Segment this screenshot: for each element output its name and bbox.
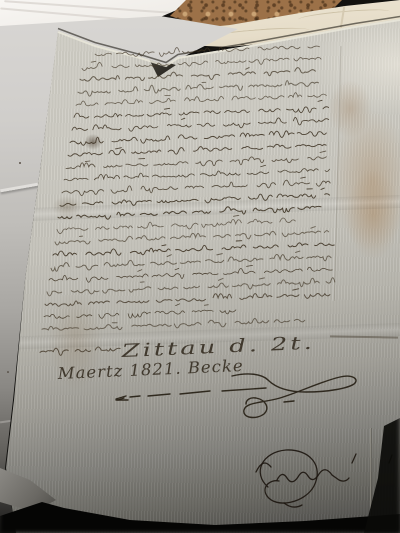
handwriting-line (44, 304, 236, 318)
handwriting-line (82, 57, 321, 70)
handwriting-line (51, 251, 331, 271)
ink-speck (7, 371, 9, 373)
handwriting-line (78, 81, 319, 96)
handwriting-line (58, 206, 321, 219)
countersignature-flourish (256, 450, 392, 507)
signature-flourish (116, 374, 356, 418)
handwriting-line (72, 117, 329, 131)
handwriting-line (70, 131, 326, 145)
handwriting-line (57, 215, 295, 233)
ink-speck (19, 162, 21, 164)
handwriting-line (66, 151, 326, 168)
handwriting-lines (40, 45, 335, 356)
handwriting-line (68, 144, 326, 156)
dateline-date-signature: Maertz 1821. Becke (56, 356, 244, 383)
handwriting-line (53, 241, 334, 256)
page-top-edge-highlight (58, 20, 400, 66)
handwriting-line (55, 227, 329, 245)
handwriting-line (40, 347, 120, 355)
handwriting-line (62, 177, 330, 195)
handwriting-line (64, 165, 330, 180)
page-top-edge-shadow (58, 17, 400, 63)
handwriting-line (45, 289, 330, 306)
manuscript-photo: Zittau d. 2t. Maertz 1821. Becke (0, 0, 400, 533)
handwriting-ink-layer: Zittau d. 2t. Maertz 1821. Becke (0, 0, 400, 533)
handwriting-line (80, 68, 315, 82)
handwriting-line (42, 318, 305, 330)
handwriting-line (60, 188, 330, 206)
handwriting-line (76, 93, 326, 106)
